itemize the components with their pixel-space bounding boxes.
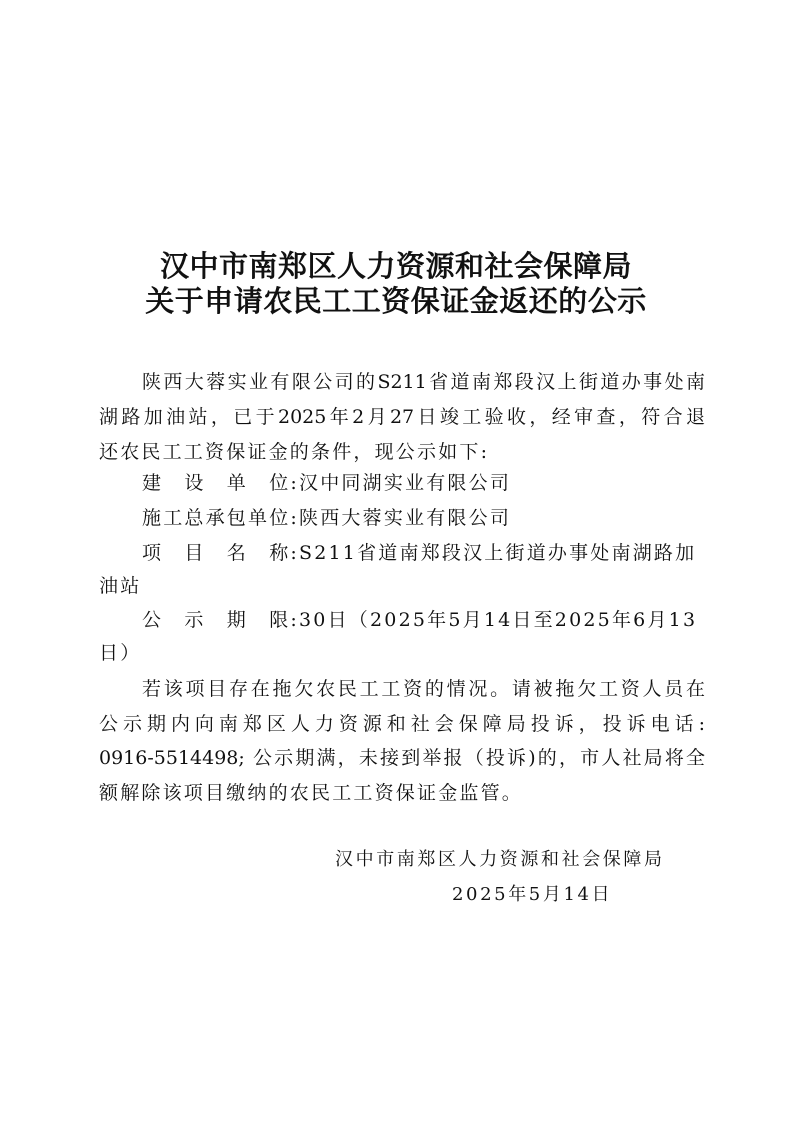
notice-line-2: 公示期内向南郑区人力资源和社会保障局投诉，投诉电话:: [99, 712, 705, 736]
field-label: 施工总承包单位:: [142, 507, 299, 529]
field-label: 公 示 期 限:: [142, 609, 299, 631]
title-line-1: 汉中市南郑区人力资源和社会保障局: [0, 248, 792, 284]
intro-line-1: 陕西大蓉实业有限公司的S211省道南郑段汉上街道办事处南: [142, 370, 705, 394]
field-construction-unit: 建 设 单 位:汉中同湖实业有限公司: [142, 471, 705, 495]
signature-issuer: 汉中市南郑区人力资源和社会保障局: [335, 848, 665, 872]
field-label: 项 目 名 称:: [142, 542, 299, 564]
field-value: 汉中同湖实业有限公司: [299, 472, 511, 494]
field-project-name: 项 目 名 称:S211省道南郑段汉上街道办事处南湖路加: [142, 541, 705, 565]
field-publicity-period-cont: 日）: [99, 641, 705, 665]
field-label: 建 设 单 位:: [142, 472, 299, 494]
intro-line-2: 湖路加油站，已于2025年2月27日竣工验收，经审查，符合退: [99, 405, 705, 429]
notice-line-1: 若该项目存在拖欠农民工工资的情况。请被拖欠工资人员在: [142, 677, 705, 701]
field-publicity-period: 公 示 期 限:30日（2025年5月14日至2025年6月13: [142, 608, 705, 632]
field-general-contractor: 施工总承包单位:陕西大蓉实业有限公司: [142, 506, 705, 530]
intro-line-3: 还农民工工资保证金的条件，现公示如下:: [99, 440, 705, 464]
field-value: 陕西大蓉实业有限公司: [299, 507, 511, 529]
notice-line-3: 0916-5514498; 公示期满，未接到举报（投诉)的，市人社局将全: [99, 746, 705, 770]
signature-date: 2025年5月14日: [452, 883, 612, 907]
field-value: S211省道南郑段汉上街道办事处南湖路加: [299, 542, 696, 564]
notice-line-4: 额解除该项目缴纳的农民工工资保证金监管。: [99, 781, 705, 805]
field-value: 30日（2025年5月14日至2025年6月13: [299, 609, 697, 631]
title-line-2: 关于申请农民工工资保证金返还的公示: [0, 283, 792, 319]
field-project-name-cont: 油站: [99, 574, 705, 598]
